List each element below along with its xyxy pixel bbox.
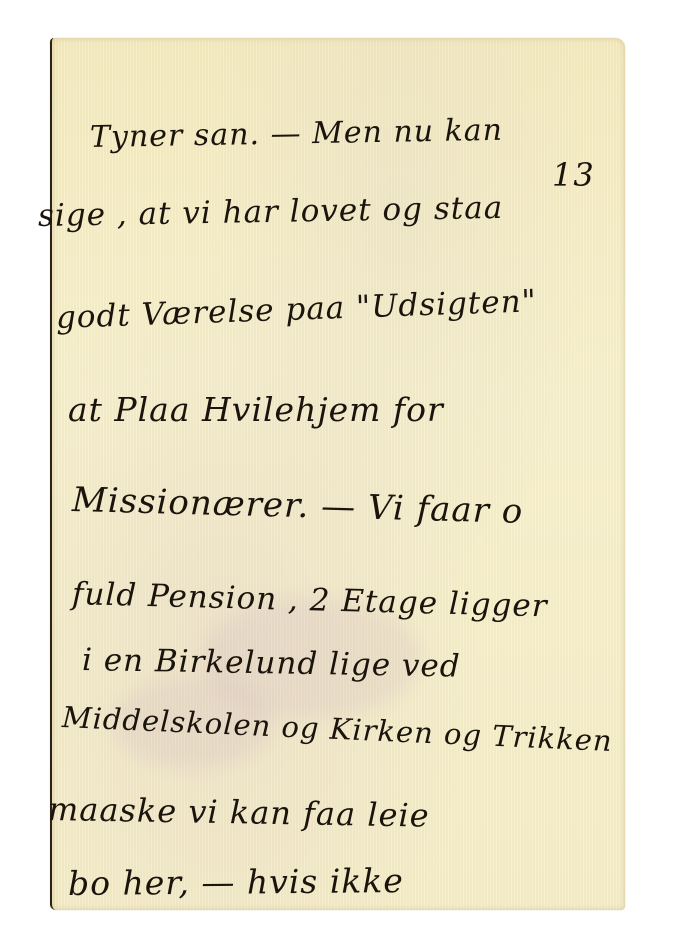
handwritten-line-7: i en Birkelund lige ved (82, 642, 461, 685)
handwritten-line-9: maaske vi kan faa leie (48, 790, 430, 835)
handwritten-line-10: bo her, — hvis ikke (68, 861, 404, 903)
handwritten-line-1: Tyner san. — Men nu kan (90, 113, 504, 155)
handwritten-line-6: fuld Pension , 2 Etage ligger (72, 576, 548, 624)
letter-card: Tyner san. — Men nu kan 13 sige , at vi … (50, 38, 625, 910)
page-number: 13 (552, 156, 595, 194)
handwritten-line-3: godt Værelse paa "Udsigten" (55, 283, 537, 336)
handwritten-line-5: Missionærer. — Vi faar o (71, 480, 523, 532)
handwritten-line-2: sige , at vi har lovet og staa (38, 190, 504, 234)
handwritten-line-4: at Plaa Hvilehjem for (68, 390, 444, 429)
